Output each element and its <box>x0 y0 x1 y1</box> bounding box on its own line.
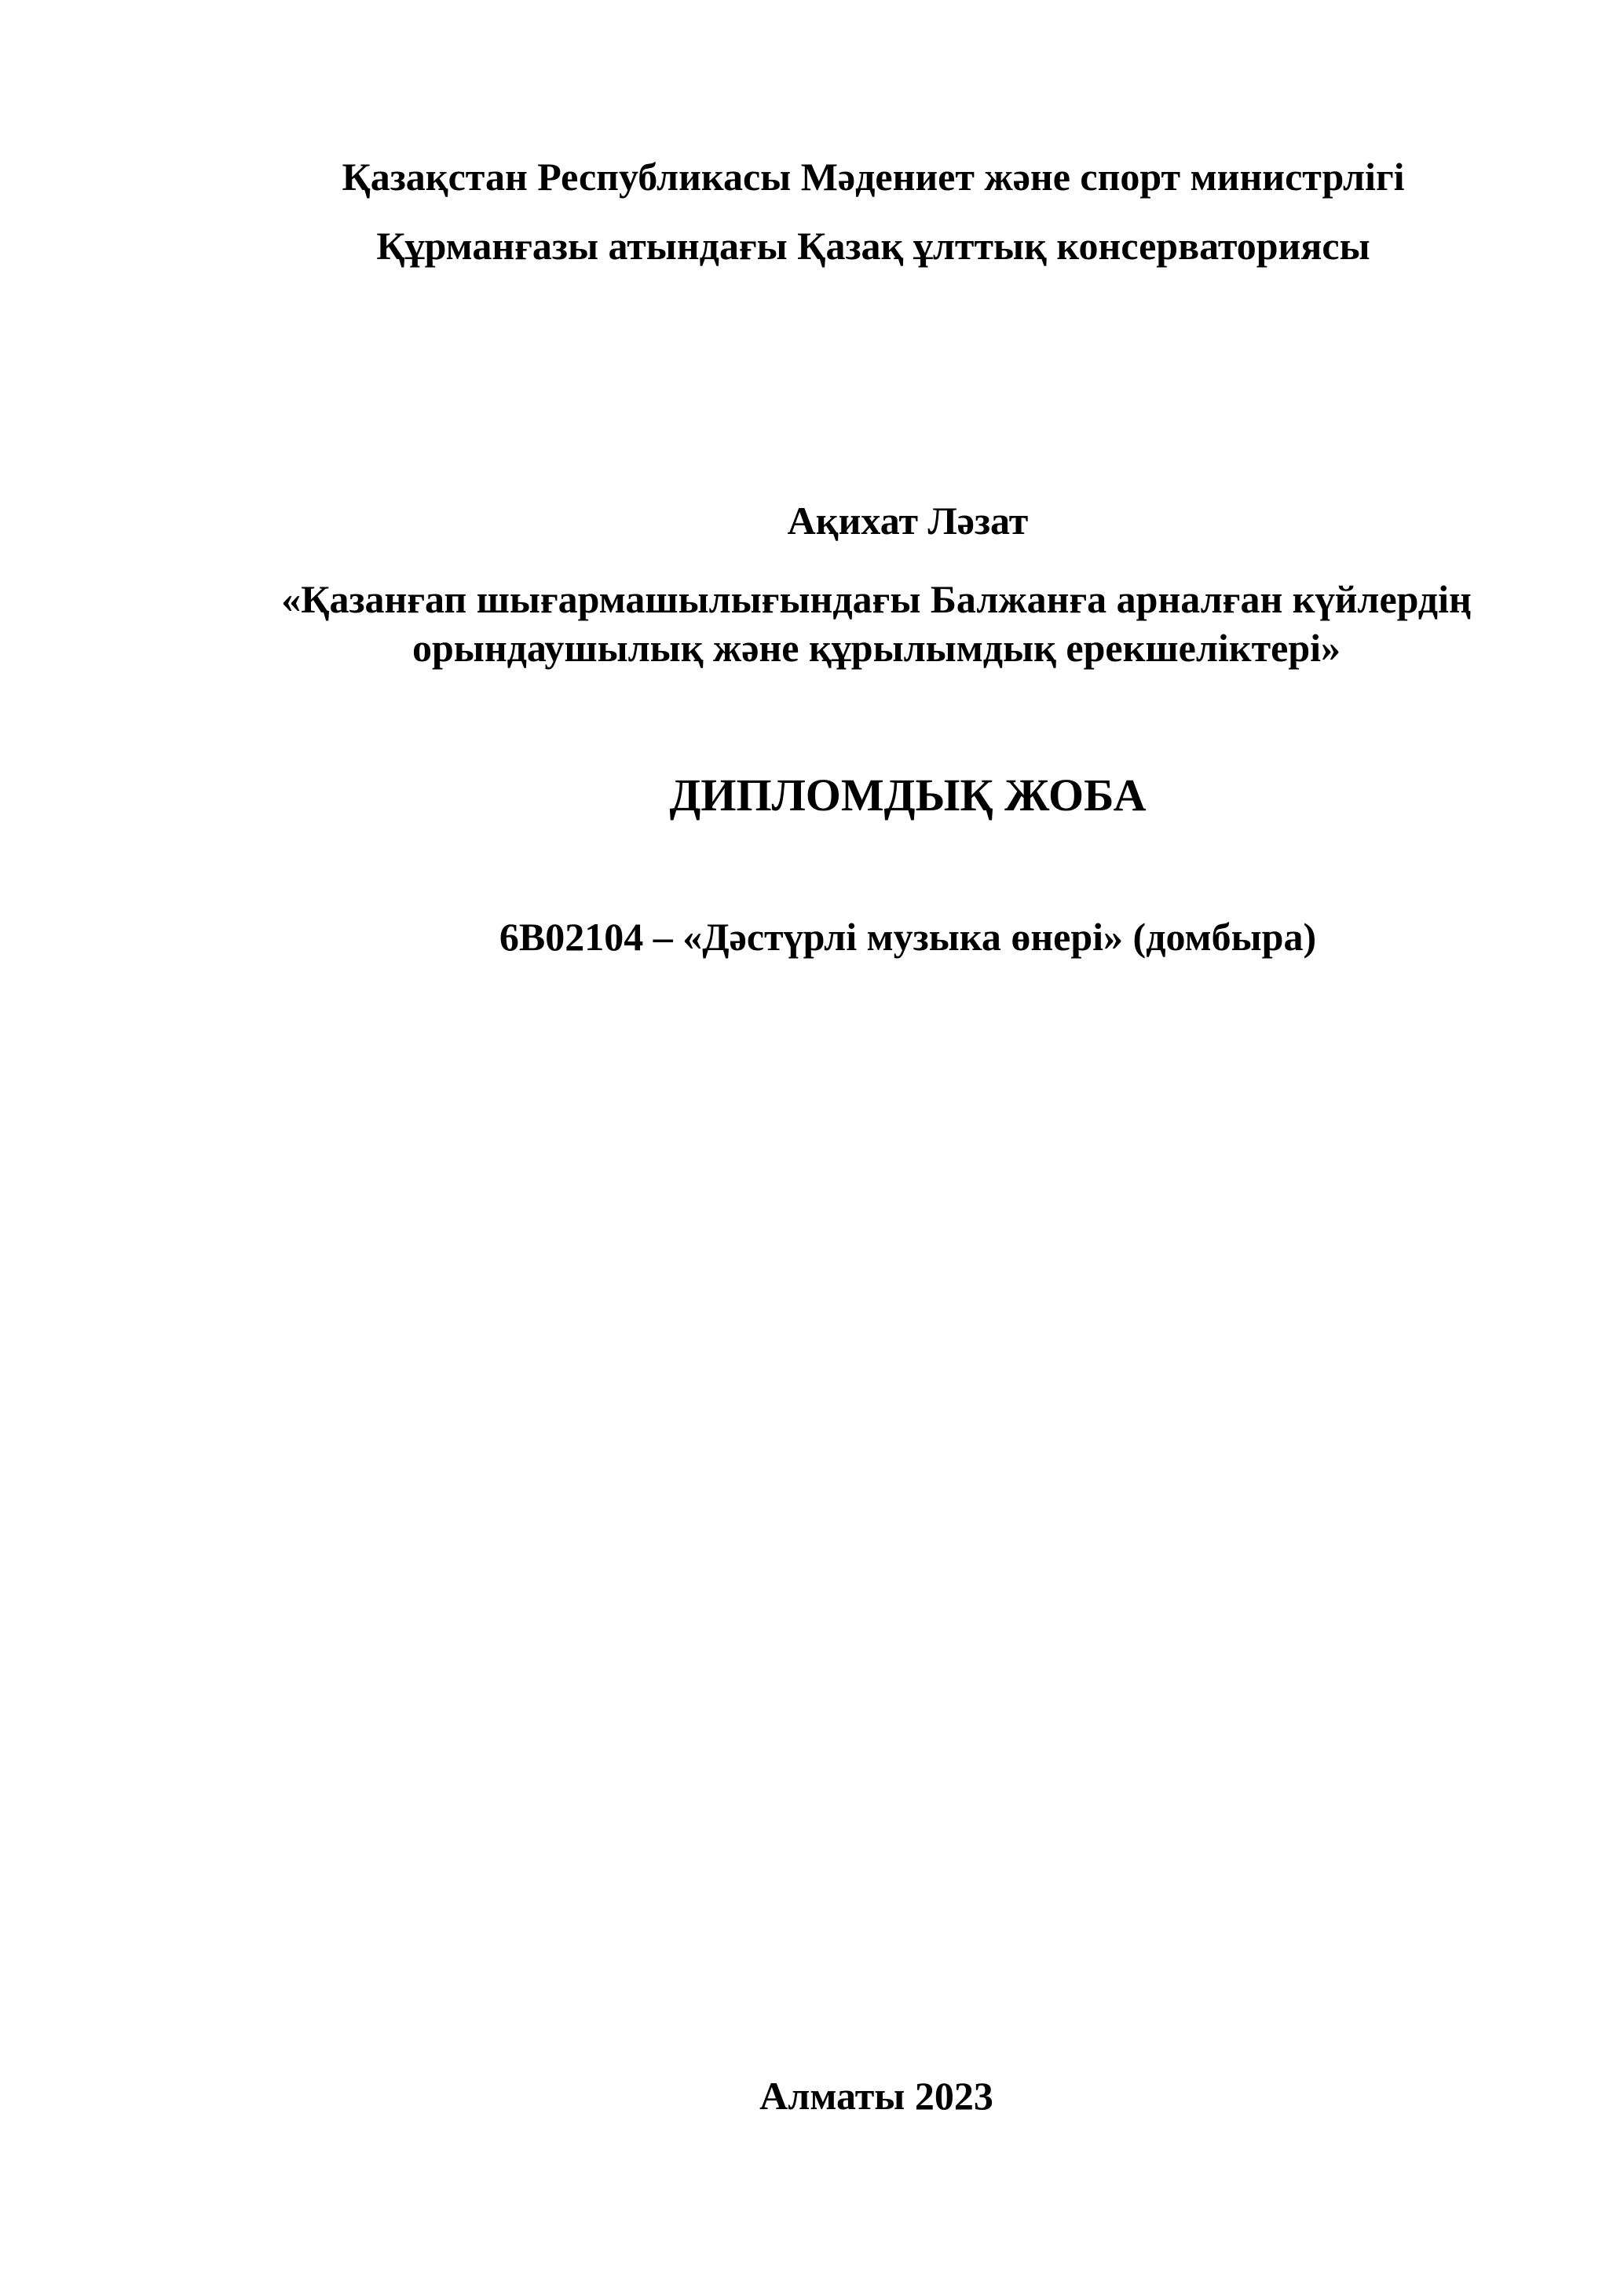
title-page: Қазақстан Республикасы Мəдениет жəне спо… <box>0 0 1624 2296</box>
author-name: Ақихат Лəзат <box>788 501 1029 540</box>
city-year: Алматы 2023 <box>759 2076 993 2115</box>
thesis-title-line-1: «Қазанғап шығармашылығындағы Балжанға ар… <box>281 579 1472 619</box>
ministry-heading: Қазақстан Республикасы Мəдениет жəне спо… <box>342 157 1404 196</box>
document-type: ДИПЛОМДЫҚ ЖОБА <box>669 773 1146 818</box>
thesis-title-line-2: орындаушылық жəне құрылымдық ерекшелікте… <box>412 628 1341 667</box>
specialty-code: 6В02104 – «Дəстүрлі музыка өнері» (домбы… <box>499 917 1316 956</box>
institution-heading: Құрманғазы атындағы Қазақ ұлттық консерв… <box>376 226 1370 265</box>
